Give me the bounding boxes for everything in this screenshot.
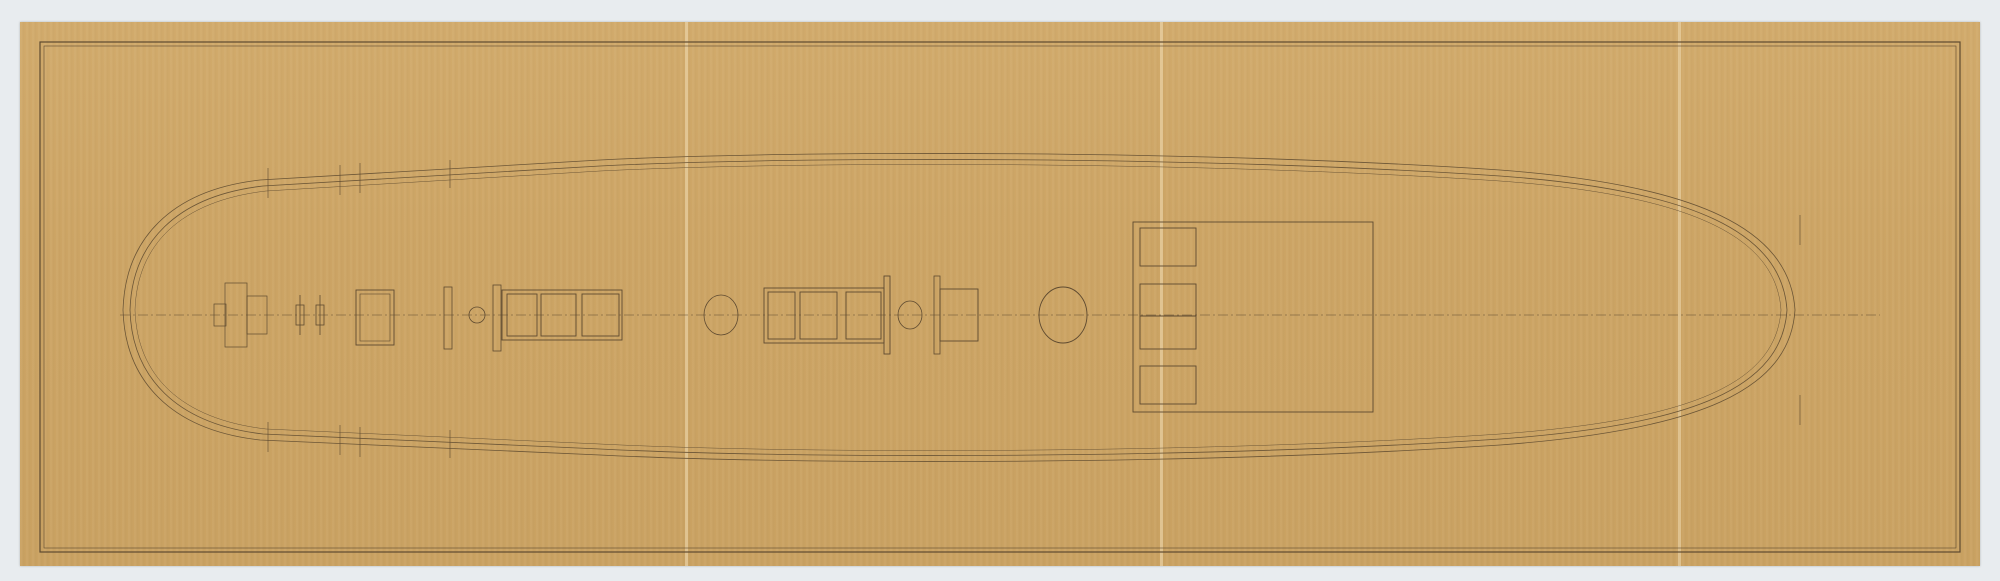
mast-partner	[444, 287, 452, 349]
deck-plan-drawing	[0, 0, 2000, 581]
central-deckhouse	[1133, 222, 1373, 412]
frame-ticks	[268, 160, 1800, 458]
skylight	[356, 290, 394, 345]
inner-border	[44, 46, 1956, 548]
hull-outline	[123, 153, 1795, 461]
outer-border	[40, 42, 1960, 552]
